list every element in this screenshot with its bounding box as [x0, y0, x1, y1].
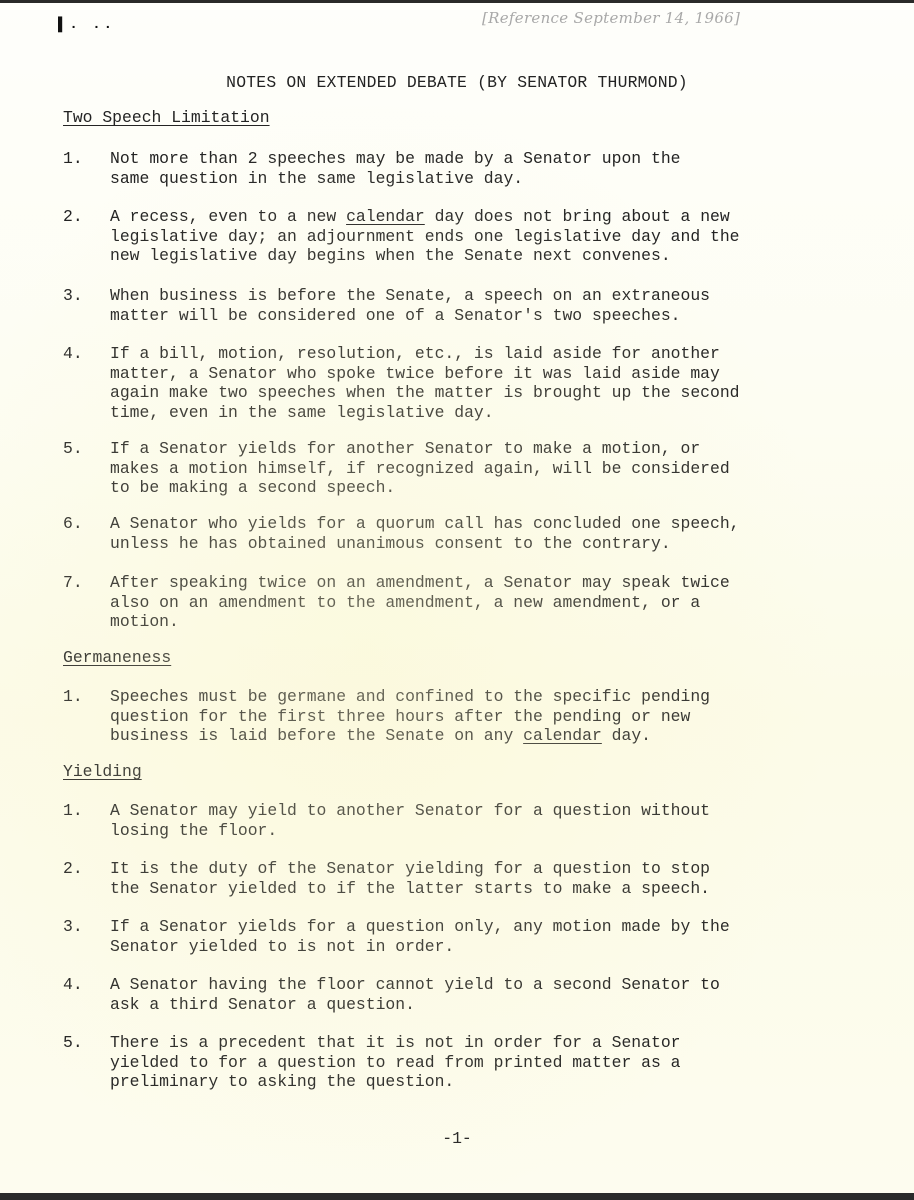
document-page: ▌. .. [Reference September 14, 1966] NOT…: [0, 3, 914, 1193]
item-number: 1.: [63, 801, 108, 821]
item-number: 2.: [63, 859, 108, 879]
item-text: It is the duty of the Senator yielding f…: [110, 859, 870, 898]
item-text: If a Senator yields for a question only,…: [110, 917, 870, 956]
handwritten-reference-note: [Reference September 14, 1966]: [482, 9, 740, 27]
text-segment: A recess, even to a new: [110, 207, 346, 226]
item-number: 6.: [63, 514, 108, 534]
text-segment: day.: [602, 726, 651, 745]
item-number: 1.: [63, 149, 108, 169]
item-text: After speaking twice on an amendment, a …: [110, 573, 870, 632]
section-heading-yielding: Yielding: [63, 762, 142, 781]
item-text: If a Senator yields for another Senator …: [110, 439, 870, 498]
item-text: A Senator having the floor cannot yield …: [110, 975, 870, 1014]
underlined-word: calendar: [523, 726, 602, 745]
item-text: There is a precedent that it is not in o…: [110, 1033, 870, 1092]
page-number: -1-: [0, 1129, 914, 1148]
item-text: A Senator may yield to another Senator f…: [110, 801, 870, 840]
item-text: A Senator who yields for a quorum call h…: [110, 514, 870, 553]
item-number: 5.: [63, 1033, 108, 1053]
underlined-word: calendar: [346, 207, 425, 226]
corner-marks: ▌. ..: [58, 17, 115, 33]
item-number: 4.: [63, 344, 108, 364]
page-title: NOTES ON EXTENDED DEBATE (BY SENATOR THU…: [0, 73, 914, 92]
item-text: When business is before the Senate, a sp…: [110, 286, 870, 325]
item-number: 2.: [63, 207, 108, 227]
item-number: 5.: [63, 439, 108, 459]
item-number: 4.: [63, 975, 108, 995]
item-number: 3.: [63, 286, 108, 306]
item-text: A recess, even to a new calendar day doe…: [110, 207, 870, 266]
item-text: If a bill, motion, resolution, etc., is …: [110, 344, 870, 422]
section-heading-germaneness: Germaneness: [63, 648, 171, 667]
item-text: Speeches must be germane and confined to…: [110, 687, 870, 746]
item-number: 3.: [63, 917, 108, 937]
item-text: Not more than 2 speeches may be made by …: [110, 149, 870, 188]
section-heading-two-speech-limitation: Two Speech Limitation: [63, 108, 270, 127]
item-number: 1.: [63, 687, 108, 707]
item-number: 7.: [63, 573, 108, 593]
